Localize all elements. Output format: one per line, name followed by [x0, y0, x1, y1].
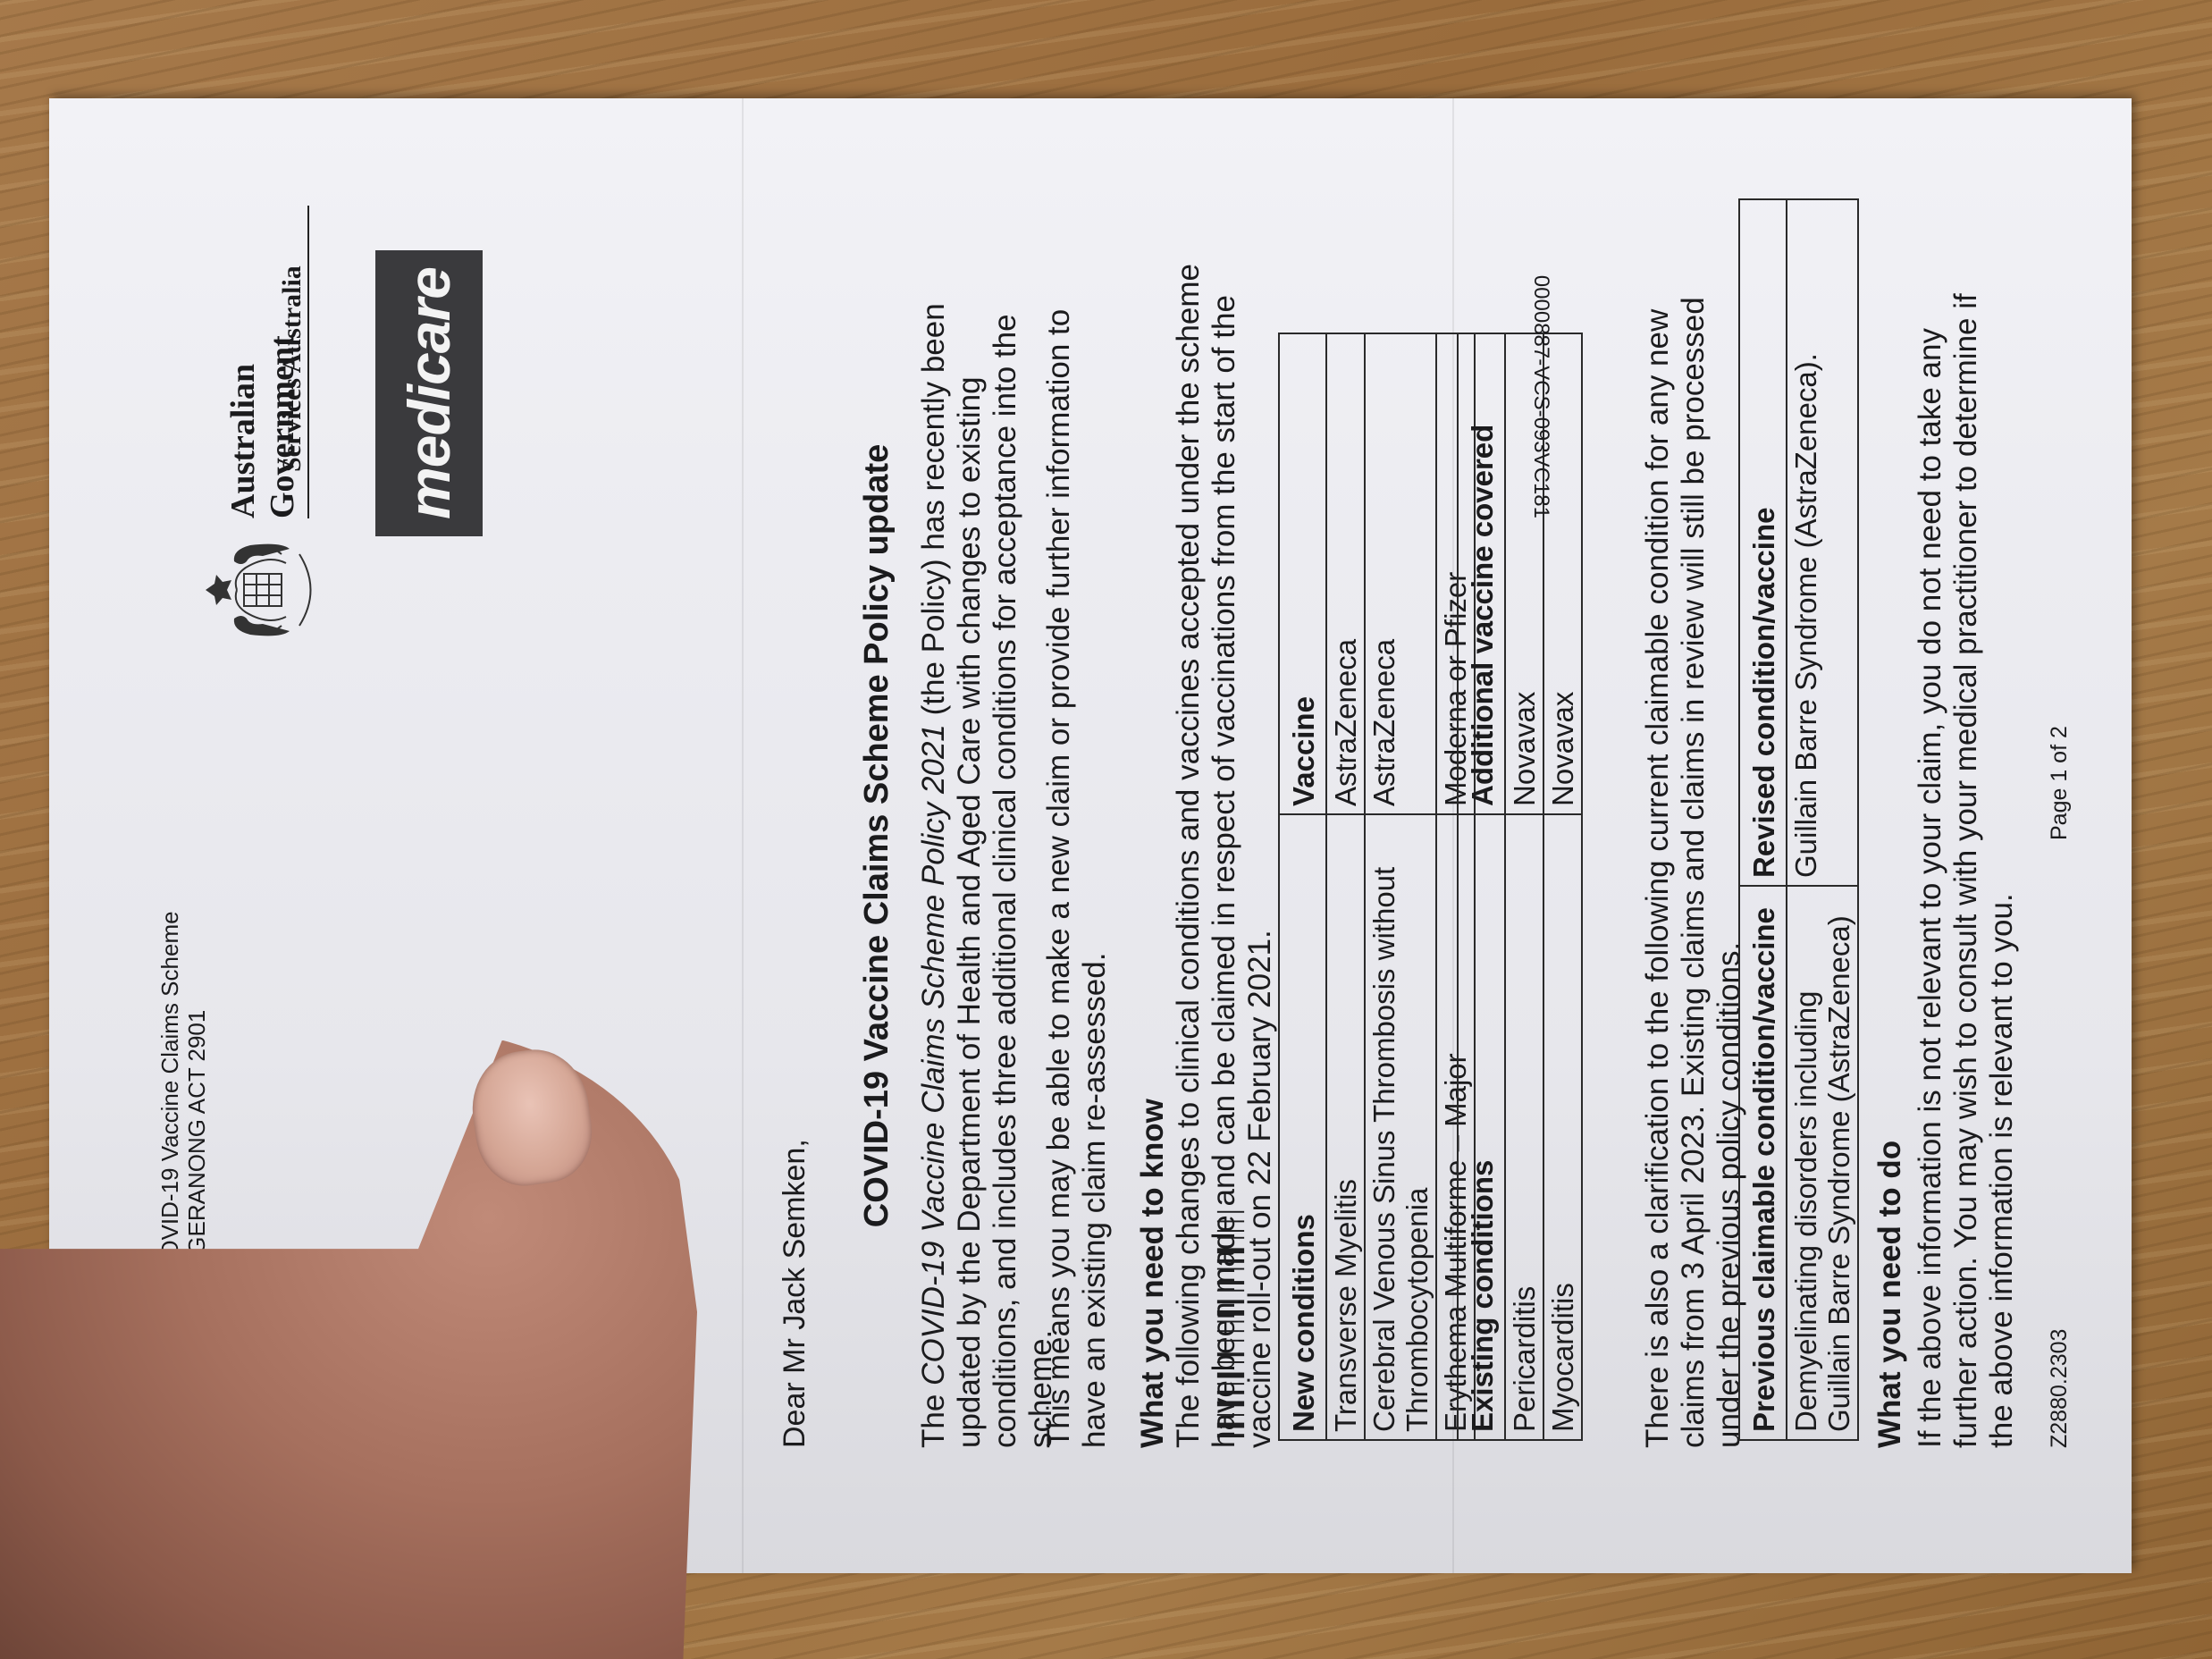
means-paragraph: This means you may be able to make a new… [1041, 259, 1113, 1448]
table-row: Demyelinating disorders including Guilla… [1787, 199, 1858, 1440]
page-indicator: Page 1 of 2 [2047, 726, 2073, 840]
table-header: Revised condition/vaccine [1739, 199, 1787, 886]
table-cell: Myocarditis [1543, 814, 1582, 1440]
table-row: Transverse Myelitis AstraZeneca [1326, 333, 1365, 1440]
new-conditions-table: New conditions Vaccine Transverse Myelit… [1278, 333, 1476, 1441]
commonwealth-coat-of-arms-icon [201, 527, 335, 653]
table-header: New conditions [1279, 814, 1326, 1440]
letterhead-logo: Australian Government Services Australia… [174, 206, 550, 706]
postal-barcode-icon [1215, 1180, 1246, 1439]
table-cell: Demyelinating disorders including Guilla… [1787, 886, 1858, 1440]
table-cell: AstraZeneca [1326, 333, 1365, 814]
table-row: Cerebral Venous Sinus Thrombosis without… [1365, 333, 1436, 1440]
revised-condition-table: Previous claimable condition/vaccine Rev… [1738, 198, 1859, 1441]
table-header: Existing conditions [1458, 814, 1505, 1440]
table-cell: Transverse Myelitis [1326, 814, 1365, 1440]
mail-id: 0000887-VCS-093VC181 [1528, 275, 1553, 518]
paper-fold-line [742, 98, 744, 1573]
clarification-paragraph: There is also a clarification to the fol… [1640, 259, 1747, 1448]
table-cell: Pericarditis [1505, 814, 1543, 1440]
agency-name: Services Australia [277, 265, 307, 472]
table-header: Additional vaccine covered [1458, 333, 1505, 814]
what-you-need-to-do-heading: What you need to do [1872, 259, 1908, 1448]
return-address-line1: COVID-19 Vaccine Claims Scheme [156, 911, 183, 1275]
table-cell: Guillain Barre Syndrome (AstraZeneca). [1787, 199, 1858, 886]
policy-name: COVID-19 Vaccine Claims Scheme Policy 20… [916, 724, 951, 1385]
form-code: Z2880.2303 [2047, 1329, 2073, 1448]
what-you-need-to-know-heading: What you need to know [1135, 259, 1171, 1448]
letter-title: COVID-19 Vaccine Claims Scheme Policy up… [858, 98, 896, 1573]
intro-paragraph: The COVID-19 Vaccine Claims Scheme Polic… [916, 259, 1059, 1448]
what-you-need-to-do-paragraph: If the above information is not relevant… [1913, 259, 2020, 1448]
existing-conditions-table: Existing conditions Additional vaccine c… [1457, 333, 1583, 1441]
medicare-logo: medicare [375, 250, 483, 536]
greeting: Dear Mr Jack Semken, [778, 1139, 812, 1448]
table-cell: Cerebral Venous Sinus Thrombosis without… [1365, 814, 1436, 1440]
intro-prefix: The [916, 1385, 951, 1448]
table-cell: AstraZeneca [1365, 333, 1436, 814]
table-header: Previous claimable condition/vaccine [1739, 886, 1787, 1440]
table-header: Vaccine [1279, 333, 1326, 814]
